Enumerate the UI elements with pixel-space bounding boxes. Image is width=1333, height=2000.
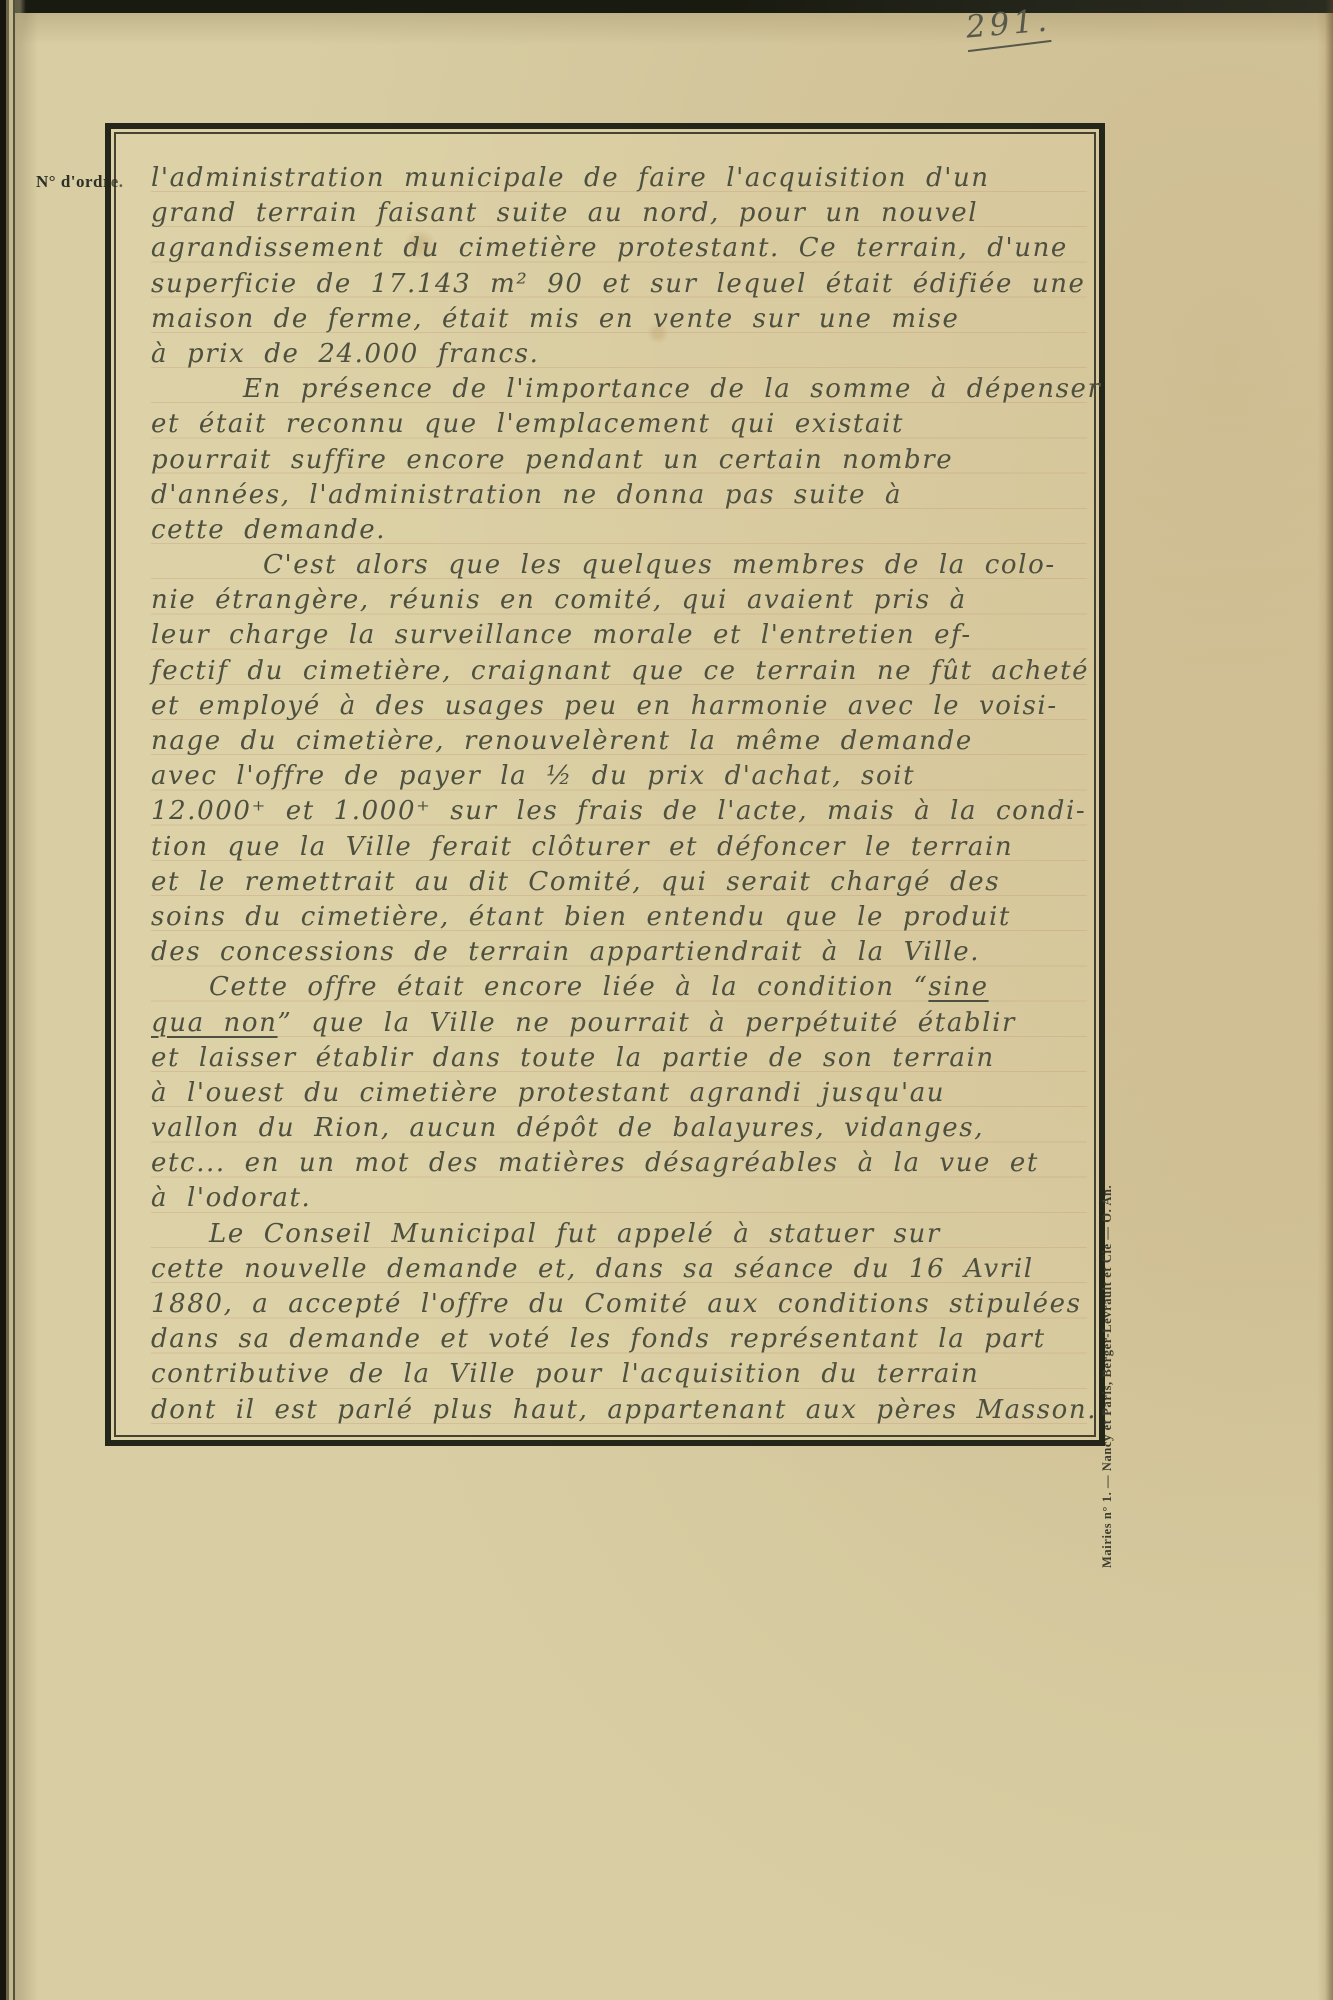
manuscript-line: et le remettrait au dit Comité, qui sera… — [151, 865, 1087, 900]
manuscript-line: dont il est parlé plus haut, appartenant… — [151, 1393, 1087, 1428]
manuscript-line: etc... en un mot des matières désagréabl… — [151, 1146, 1087, 1181]
printer-imprint: Mairies n° 1. — Nancy et Paris, Berger-L… — [1100, 1185, 1115, 1568]
manuscript-text: l'administration municipale de faire l'a… — [151, 161, 1087, 1429]
manuscript-line: l'administration municipale de faire l'a… — [151, 161, 1087, 196]
manuscript-line: nie étrangère, réunis en comité, qui ava… — [151, 583, 1087, 618]
manuscript-line: vallon du Rion, aucun dépôt de balayures… — [151, 1111, 1087, 1146]
underlined-term: qua non — [151, 1008, 278, 1038]
page-right-edge — [1325, 0, 1333, 2000]
manuscript-line: et employé à des usages peu en harmonie … — [151, 689, 1087, 724]
underlined-term: sine — [928, 972, 988, 1002]
manuscript-line: des concessions de terrain appartiendrai… — [151, 935, 1087, 970]
manuscript-line: contributive de la Ville pour l'acquisit… — [151, 1357, 1087, 1392]
manuscript-line: agrandissement du cimetière protestant. … — [151, 231, 1087, 266]
manuscript-line: Cette offre était encore liée à la condi… — [151, 970, 1087, 1005]
manuscript-line: nage du cimetière, renouvelèrent la même… — [151, 724, 1087, 759]
page-number: 291. — [964, 2, 1052, 50]
manuscript-line: 12.000⁺ et 1.000⁺ sur les frais de l'act… — [151, 794, 1087, 829]
manuscript-line: tion que la Ville ferait clôturer et déf… — [151, 830, 1087, 865]
manuscript-line: dans sa demande et voté les fonds représ… — [151, 1322, 1087, 1357]
manuscript-line: leur charge la surveillance morale et l'… — [151, 618, 1087, 653]
line-text: Cette offre était encore liée à la condi… — [209, 972, 928, 1002]
manuscript-line: qua non” que la Ville ne pourrait à perp… — [151, 1006, 1087, 1041]
book-spine — [0, 0, 26, 2000]
manuscript-line: et laisser établir dans toute la partie … — [151, 1041, 1087, 1076]
manuscript-line: Le Conseil Municipal fut appelé à statue… — [151, 1217, 1087, 1252]
manuscript-line: pourrait suffire encore pendant un certa… — [151, 443, 1087, 478]
manuscript-line: à l'odorat. — [151, 1181, 1087, 1216]
manuscript-line: avec l'offre de payer la ½ du prix d'ach… — [151, 759, 1087, 794]
manuscript-frame: l'administration municipale de faire l'a… — [105, 123, 1105, 1446]
manuscript-line: maison de ferme, était mis en vente sur … — [151, 302, 1087, 337]
manuscript-line: soins du cimetière, étant bien entendu q… — [151, 900, 1087, 935]
manuscript-line: à l'ouest du cimetière protestant agrand… — [151, 1076, 1087, 1111]
manuscript-line: à prix de 24.000 francs. — [151, 337, 1087, 372]
manuscript-line: En présence de l'importance de la somme … — [151, 372, 1087, 407]
scan-top-edge — [0, 0, 1333, 13]
manuscript-line: grand terrain faisant suite au nord, pou… — [151, 196, 1087, 231]
manuscript-line: 1880, a accepté l'offre du Comité aux co… — [151, 1287, 1087, 1322]
line-text: ” que la Ville ne pourrait à perpétuité … — [278, 1008, 1017, 1038]
manuscript-line: fectif du cimetière, craignant que ce te… — [151, 654, 1087, 689]
manuscript-line: et était reconnu que l'emplacement qui e… — [151, 407, 1087, 442]
register-page: 291. N° d'ordre. l'administration munici… — [0, 0, 1333, 2000]
manuscript-line: C'est alors que les quelques membres de … — [151, 548, 1087, 583]
manuscript-line: cette demande. — [151, 513, 1087, 548]
manuscript-line: superficie de 17.143 m² 90 et sur lequel… — [151, 267, 1087, 302]
manuscript-line: cette nouvelle demande et, dans sa séanc… — [151, 1252, 1087, 1287]
manuscript-line: d'années, l'administration ne donna pas … — [151, 478, 1087, 513]
